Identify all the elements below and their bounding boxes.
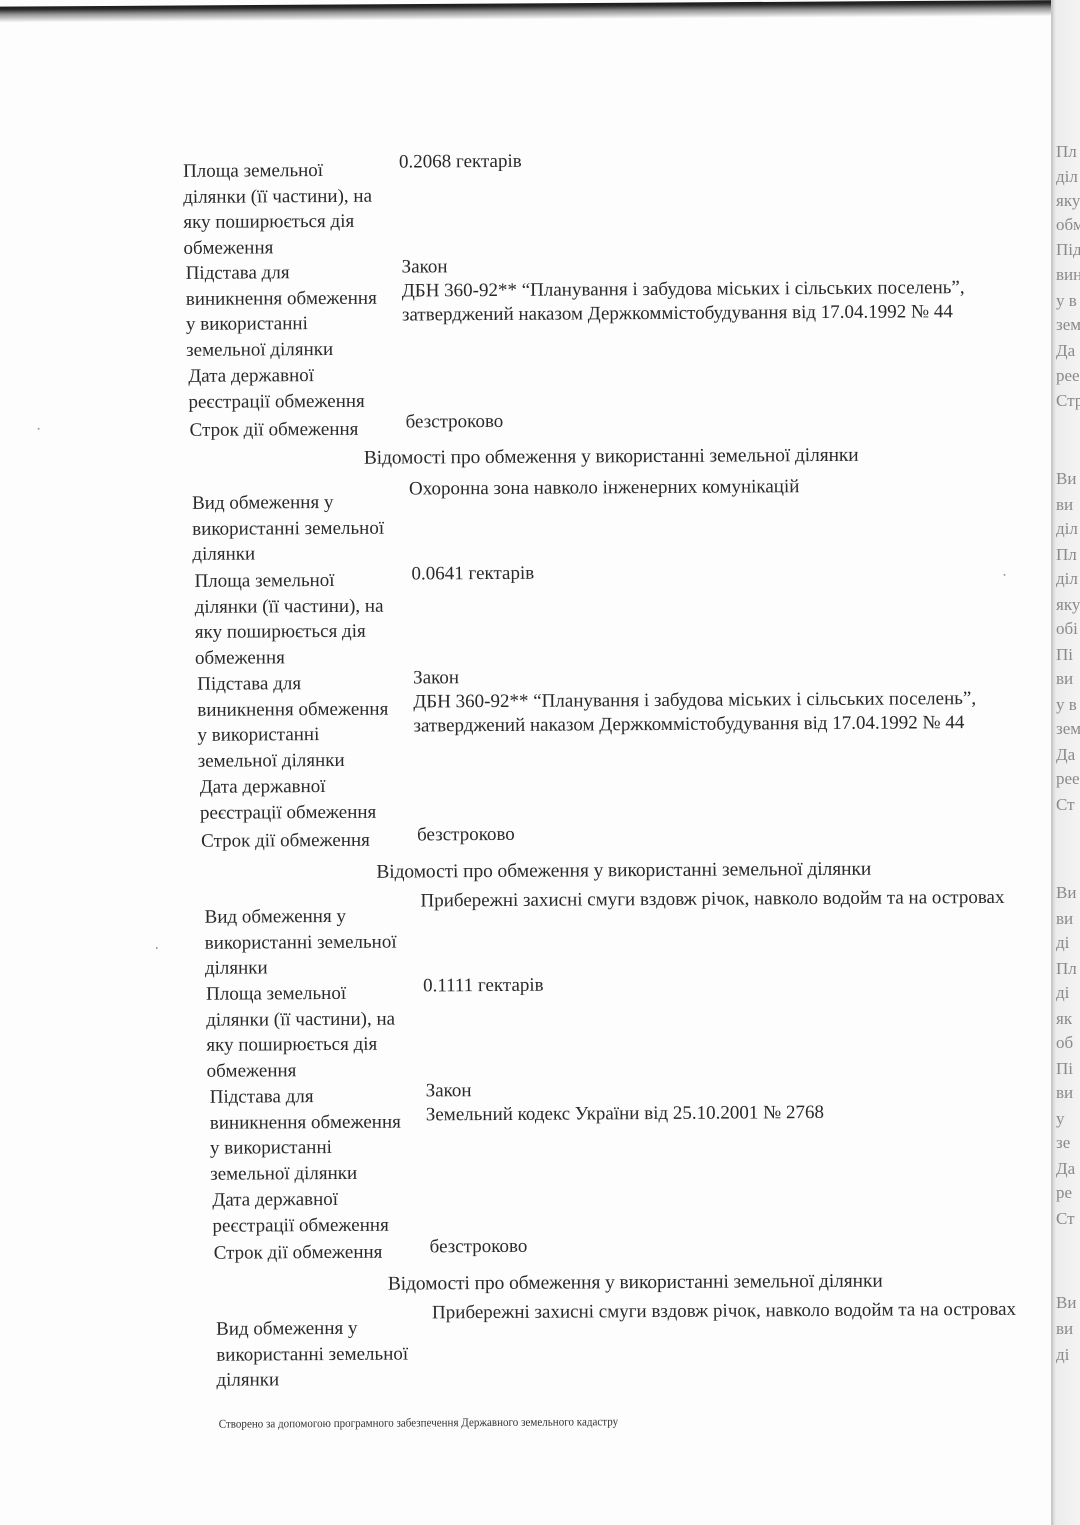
field-label-registration-date: Дата державної реєстрації обмеження — [200, 773, 420, 825]
field-value-area: 0.0641 гектарів — [411, 562, 534, 587]
adjacent-page-text: ви — [1056, 910, 1073, 927]
adjacent-page-text: Пл — [1056, 546, 1077, 563]
field-value-term: безстроково — [430, 1235, 528, 1260]
field-value-restriction-type: Прибережні захисні смуги вздовж річок, н… — [420, 886, 1004, 914]
adjacent-page-text: Ви — [1056, 1294, 1076, 1311]
adjacent-page-text: діл — [1056, 570, 1078, 587]
adjacent-page-text: діл — [1056, 168, 1078, 185]
section-title: Відомості про обмеження у використанні з… — [376, 859, 871, 884]
adjacent-page-text: ви — [1056, 1320, 1073, 1337]
scan-speck — [38, 428, 40, 430]
field-value-basis: Закон ДБН 360-92** “Планування і забудов… — [402, 252, 965, 327]
adjacent-page-text: Пі — [1056, 646, 1073, 663]
adjacent-page-text: у в — [1056, 696, 1077, 713]
section-title: Відомості про обмеження у використанні з… — [388, 1271, 883, 1296]
field-label-term: Строк дії обмеження — [214, 1239, 434, 1266]
field-label-area: Площа земельної ділянки (її частини), на… — [183, 158, 404, 261]
adjacent-page-text: діл — [1056, 520, 1078, 537]
adjacent-page-text: зем — [1056, 720, 1080, 737]
field-label-area: Площа земельної ділянки (її частини), на… — [194, 567, 415, 670]
adjacent-page-text: обі — [1056, 620, 1078, 637]
adjacent-page-text: Да — [1056, 746, 1075, 763]
adjacent-page-text: у в — [1056, 292, 1077, 309]
adjacent-page-text: зе — [1056, 1134, 1070, 1151]
field-value-area: 0.2068 гектарів — [399, 150, 522, 175]
adjacent-page-text: обм — [1056, 216, 1080, 233]
document-page: Площа земельної ділянки (її частини), на… — [0, 0, 1059, 1525]
adjacent-page-text: рее — [1056, 367, 1080, 384]
adjacent-page-text: ді — [1056, 984, 1069, 1001]
adjacent-page-text: ви — [1056, 670, 1073, 687]
adjacent-page-text: ді — [1056, 1346, 1069, 1363]
field-value-restriction-type: Прибережні захисні смуги вздовж річок, н… — [432, 1298, 1016, 1326]
field-value-term: безстроково — [406, 410, 504, 435]
adjacent-page-text: Пі — [1056, 1060, 1073, 1077]
adjacent-page-text: вин — [1056, 266, 1080, 283]
scan-speck — [1004, 574, 1006, 576]
adjacent-page-text: Стр — [1056, 392, 1080, 409]
field-label-area: Площа земельної ділянки (її частини), на… — [206, 980, 427, 1083]
adjacent-page-text: Ви — [1056, 470, 1076, 487]
adjacent-page-text: рее — [1056, 770, 1080, 787]
footer-note: Створено за допомогою програмного забезп… — [219, 1414, 618, 1431]
scan-speck — [156, 947, 158, 949]
adjacent-page-text: Пл — [1056, 143, 1077, 160]
field-label-registration-date: Дата державної реєстрації обмеження — [212, 1186, 432, 1238]
adjacent-page-text: ре — [1056, 1184, 1072, 1201]
adjacent-page-text: Ви — [1056, 884, 1076, 901]
field-value-basis: Закон ДБН 360-92** “Планування і забудов… — [413, 663, 976, 738]
adjacent-page-text: ви — [1056, 496, 1073, 513]
field-label-registration-date: Дата державної реєстрації обмеження — [188, 363, 408, 415]
field-label-basis: Підстава для виникнення обмеження у вико… — [197, 670, 418, 773]
adjacent-page-text: Да — [1056, 342, 1075, 359]
adjacent-page-text: ви — [1056, 1084, 1073, 1101]
field-label-restriction-type: Вид обмеження у використанні земельної д… — [216, 1315, 436, 1393]
adjacent-page-text: Ст — [1056, 796, 1075, 813]
adjacent-page-text: ді — [1056, 934, 1069, 951]
adjacent-page-text: яку — [1056, 596, 1080, 613]
field-value-term: безстроково — [417, 823, 515, 848]
adjacent-page-text: як — [1056, 1010, 1072, 1027]
field-label-restriction-type: Вид обмеження у використанні земельної д… — [192, 489, 412, 567]
field-value-basis: Закон Земельний кодекс України від 25.10… — [426, 1077, 824, 1127]
adjacent-page-text: зем — [1056, 316, 1080, 333]
adjacent-page-text: яку — [1056, 192, 1080, 209]
field-label-basis: Підстава для виникнення обмеження у вико… — [186, 260, 407, 363]
adjacent-page-text: Ст — [1056, 1210, 1075, 1227]
adjacent-page-text: Під — [1056, 241, 1080, 258]
adjacent-page-bleed: ПлділякуобмПідвину вземДарееСтрВивиділПл… — [1051, 0, 1080, 1525]
field-label-basis: Підстава для виникнення обмеження у вико… — [210, 1083, 431, 1186]
adjacent-page-text: у — [1056, 1110, 1065, 1127]
field-label-term: Строк дії обмеження — [190, 417, 410, 444]
field-value-restriction-type: Охоронна зона навколо інженерних комунік… — [409, 475, 800, 501]
adjacent-page-text: Пл — [1056, 960, 1077, 977]
section-title: Відомості про обмеження у використанні з… — [364, 445, 859, 470]
field-label-restriction-type: Вид обмеження у використанні земельної д… — [205, 903, 425, 981]
field-label-term: Строк дії обмеження — [201, 827, 421, 854]
field-value-area: 0.1111 гектарів — [423, 974, 544, 999]
adjacent-page-text: об — [1056, 1034, 1073, 1051]
adjacent-page-text: Да — [1056, 1160, 1075, 1177]
